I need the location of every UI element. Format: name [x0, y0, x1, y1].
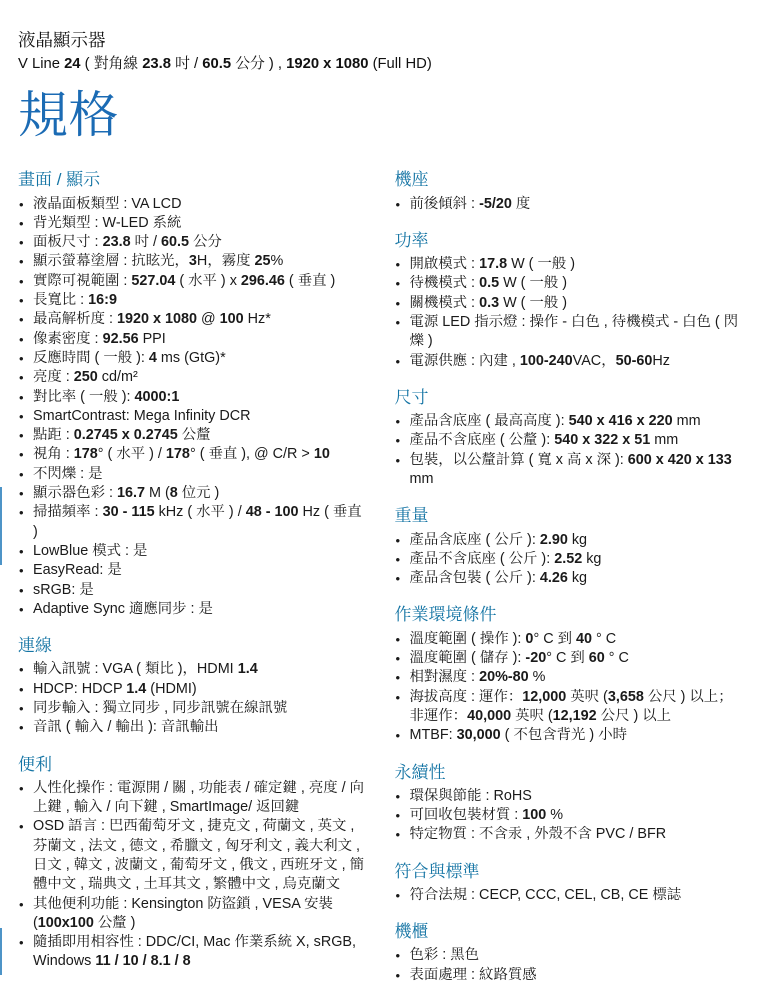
spec-item: MTBF: 30,000 ( 不包含背光 ) 小時: [395, 726, 746, 745]
spec-item: 背光類型 : W-LED 系統: [18, 214, 369, 233]
spec-sheet-page: 液晶顯示器 V Line 24 ( 對角線 23.8 吋 / 60.5 公分 )…: [0, 0, 761, 985]
spec-item: 色彩 : 黑色: [395, 946, 746, 965]
spec-item: 產品含底座 ( 公斤 ): 2.90 kg: [395, 531, 746, 550]
spec-item: 顯示螢幕塗層 : 抗眩光，3H，霧度 25%: [18, 252, 369, 271]
spec-section: 符合與標準 符合法規 : CECP, CCC, CEL, CB, CE 標誌: [395, 861, 746, 906]
right-column: 機座 前後傾斜 : -5/20 度 功率 開啟模式 : 17.8 W ( 一般 …: [395, 169, 746, 985]
section-list: 符合法規 : CECP, CCC, CEL, CB, CE 標誌: [395, 886, 746, 905]
spec-item: 反應時間 ( 一般 ): 4 ms (GtG)*: [18, 349, 369, 368]
spec-item: 液晶面板類型 : VA LCD: [18, 195, 369, 214]
left-column: 畫面 / 顯示 液晶面板類型 : VA LCD背光類型 : W-LED 系統面板…: [18, 169, 369, 985]
spec-item: 待機模式 : 0.5 W ( 一般 ): [395, 274, 746, 293]
spec-item: SmartContrast: Mega Infinity DCR: [18, 407, 369, 426]
spec-item: 產品不含底座 ( 公釐 ): 540 x 322 x 51 mm: [395, 431, 746, 450]
section-list: 色彩 : 黑色表面處理 : 紋路質感: [395, 946, 746, 985]
spec-item: 長寬比 : 16:9: [18, 291, 369, 310]
spec-item: 人性化操作 : 電源開 / 關 , 功能表 / 確定鍵 , 亮度 / 向上鍵 ,…: [18, 779, 369, 818]
spec-item: LowBlue 模式 : 是: [18, 542, 369, 561]
spec-section: 便利 人性化操作 : 電源開 / 關 , 功能表 / 確定鍵 , 亮度 / 向上…: [18, 754, 369, 972]
section-heading: 便利: [18, 754, 369, 775]
spec-section: 機櫃 色彩 : 黑色表面處理 : 紋路質感: [395, 921, 746, 985]
section-list: 環保與節能 : RoHS可回收包裝材質 : 100 %特定物質 : 不含汞 , …: [395, 787, 746, 845]
section-heading: 功率: [395, 230, 746, 251]
spec-item: 特定物質 : 不含汞 , 外殼不含 PVC / BFR: [395, 825, 746, 844]
spec-item: 開啟模式 : 17.8 W ( 一般 ): [395, 255, 746, 274]
spec-section: 功率 開啟模式 : 17.8 W ( 一般 )待機模式 : 0.5 W ( 一般…: [395, 230, 746, 371]
page-header: 液晶顯示器 V Line 24 ( 對角線 23.8 吋 / 60.5 公分 )…: [18, 30, 745, 75]
spec-columns: 畫面 / 顯示 液晶面板類型 : VA LCD背光類型 : W-LED 系統面板…: [18, 169, 745, 985]
spec-item: 產品含底座 ( 最高高度 ): 540 x 416 x 220 mm: [395, 412, 746, 431]
spec-item: 海拔高度 : 運作：12,000 英呎 (3,658 公尺 ) 以上；非運作：4…: [395, 688, 746, 727]
spec-section: 作業環境條件 溫度範圍 ( 操作 ): 0° C 到 40 ° C溫度範圍 ( …: [395, 604, 746, 745]
spec-item: 產品不含底座 ( 公斤 ): 2.52 kg: [395, 550, 746, 569]
spec-item: 電源供應 : 內建 , 100-240VAC，50-60Hz: [395, 352, 746, 371]
spec-item: 視角 : 178° ( 水平 ) / 178° ( 垂直 ), @ C/R > …: [18, 445, 369, 464]
spec-item: 其他便利功能 : Kensington 防盜鎖 , VESA 安裝 (100x1…: [18, 895, 369, 934]
spec-item: 同步輸入 : 獨立同步 , 同步訊號在線訊號: [18, 699, 369, 718]
spec-item: HDCP: HDCP 1.4 (HDMI): [18, 680, 369, 699]
spec-item: 輸入訊號 : VGA ( 類比 )，HDMI 1.4: [18, 660, 369, 679]
spec-item: 掃描頻率 : 30 - 115 kHz ( 水平 ) / 48 - 100 Hz…: [18, 503, 369, 542]
section-list: 開啟模式 : 17.8 W ( 一般 )待機模式 : 0.5 W ( 一般 )關…: [395, 255, 746, 371]
page-title: 規格: [18, 90, 745, 141]
spec-section: 畫面 / 顯示 液晶面板類型 : VA LCD背光類型 : W-LED 系統面板…: [18, 169, 369, 619]
spec-item: Adaptive Sync 適應同步 : 是: [18, 600, 369, 619]
spec-item: 溫度範圍 ( 儲存 ): -20° C 到 60 ° C: [395, 649, 746, 668]
section-list: 產品含底座 ( 最高高度 ): 540 x 416 x 220 mm產品不含底座…: [395, 412, 746, 489]
spec-item: 面板尺寸 : 23.8 吋 / 60.5 公分: [18, 233, 369, 252]
spec-item: 表面處理 : 紋路質感: [395, 966, 746, 985]
spec-item: OSD 語言 : 巴西葡萄牙文 , 捷克文 , 荷蘭文 , 英文 , 芬蘭文 ,…: [18, 817, 369, 894]
spec-item: 點距 : 0.2745 x 0.2745 公釐: [18, 426, 369, 445]
spec-item: 包裝，以公釐計算 ( 寬 x 高 x 深 ): 600 x 420 x 133 …: [395, 451, 746, 490]
revision-bar: [0, 487, 2, 565]
product-description: V Line 24 ( 對角線 23.8 吋 / 60.5 公分 ) , 192…: [18, 54, 745, 75]
spec-item: 關機模式 : 0.3 W ( 一般 ): [395, 294, 746, 313]
spec-item: sRGB: 是: [18, 581, 369, 600]
spec-item: 相對濕度 : 20%-80 %: [395, 668, 746, 687]
product-category: 液晶顯示器: [18, 30, 745, 52]
section-list: 前後傾斜 : -5/20 度: [395, 195, 746, 214]
section-heading: 尺寸: [395, 387, 746, 408]
spec-section: 重量 產品含底座 ( 公斤 ): 2.90 kg產品不含底座 ( 公斤 ): 2…: [395, 505, 746, 588]
section-list: 溫度範圍 ( 操作 ): 0° C 到 40 ° C溫度範圍 ( 儲存 ): -…: [395, 630, 746, 746]
spec-item: 像素密度 : 92.56 PPI: [18, 330, 369, 349]
spec-item: 顯示器色彩 : 16.7 M (8 位元 ): [18, 484, 369, 503]
spec-item: 對比率 ( 一般 ): 4000:1: [18, 388, 369, 407]
spec-item: 溫度範圍 ( 操作 ): 0° C 到 40 ° C: [395, 630, 746, 649]
spec-section: 機座 前後傾斜 : -5/20 度: [395, 169, 746, 214]
spec-item: 環保與節能 : RoHS: [395, 787, 746, 806]
spec-item: EasyRead: 是: [18, 561, 369, 580]
section-heading: 永續性: [395, 762, 746, 783]
spec-item: 實際可視範圍 : 527.04 ( 水平 ) x 296.46 ( 垂直 ): [18, 272, 369, 291]
spec-section: 永續性 環保與節能 : RoHS可回收包裝材質 : 100 %特定物質 : 不含…: [395, 762, 746, 845]
spec-item: 電源 LED 指示燈 : 操作 - 白色 , 待機模式 - 白色 ( 閃爍 ): [395, 313, 746, 352]
section-list: 液晶面板類型 : VA LCD背光類型 : W-LED 系統面板尺寸 : 23.…: [18, 195, 369, 620]
section-heading: 畫面 / 顯示: [18, 169, 369, 190]
spec-item: 產品含包裝 ( 公斤 ): 4.26 kg: [395, 569, 746, 588]
spec-section: 尺寸 產品含底座 ( 最高高度 ): 540 x 416 x 220 mm產品不…: [395, 387, 746, 489]
spec-item: 前後傾斜 : -5/20 度: [395, 195, 746, 214]
spec-item: 亮度 : 250 cd/m²: [18, 368, 369, 387]
section-list: 輸入訊號 : VGA ( 類比 )，HDMI 1.4HDCP: HDCP 1.4…: [18, 660, 369, 737]
section-heading: 符合與標準: [395, 861, 746, 882]
spec-item: 隨插即用相容性 : DDC/CI, Mac 作業系統 X, sRGB, Wind…: [18, 933, 369, 972]
revision-bar: [0, 928, 2, 975]
section-heading: 作業環境條件: [395, 604, 746, 625]
spec-item: 可回收包裝材質 : 100 %: [395, 806, 746, 825]
section-heading: 連線: [18, 635, 369, 656]
section-list: 產品含底座 ( 公斤 ): 2.90 kg產品不含底座 ( 公斤 ): 2.52…: [395, 531, 746, 589]
section-heading: 機座: [395, 169, 746, 190]
section-list: 人性化操作 : 電源開 / 關 , 功能表 / 確定鍵 , 亮度 / 向上鍵 ,…: [18, 779, 369, 972]
spec-item: 不閃爍 : 是: [18, 465, 369, 484]
spec-item: 符合法規 : CECP, CCC, CEL, CB, CE 標誌: [395, 886, 746, 905]
spec-section: 連線 輸入訊號 : VGA ( 類比 )，HDMI 1.4HDCP: HDCP …: [18, 635, 369, 737]
spec-item: 音訊 ( 輸入 / 輸出 ): 音訊輸出: [18, 718, 369, 737]
section-heading: 重量: [395, 505, 746, 526]
spec-item: 最高解析度 : 1920 x 1080 @ 100 Hz*: [18, 310, 369, 329]
section-heading: 機櫃: [395, 921, 746, 942]
